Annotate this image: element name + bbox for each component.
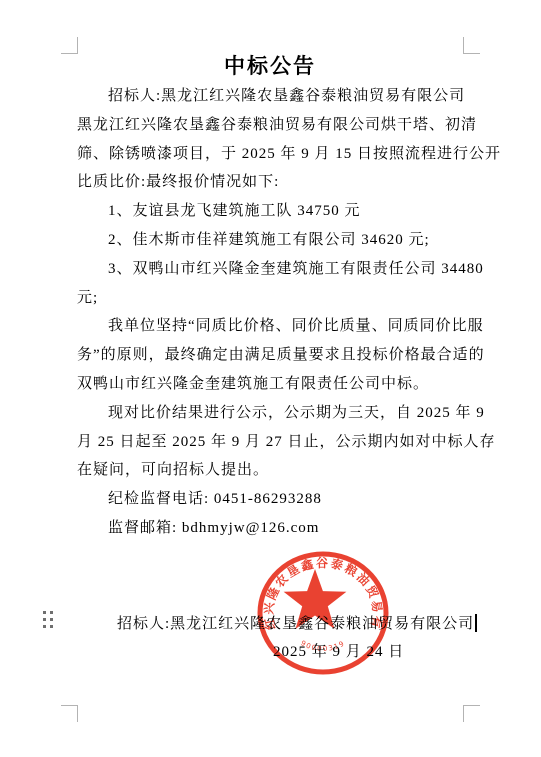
anchor-dot (43, 625, 46, 628)
doc-line-bid-2[interactable]: 2、佳木斯市佳祥建筑施工有限公司 34620 元; (77, 226, 463, 255)
doc-line-email[interactable]: 监督邮箱: bdhmyjw@126.com (77, 514, 463, 543)
doc-line[interactable]: 我单位坚持“同质比价格、同价比质量、同质同价比服 (77, 312, 463, 341)
signature-text: 招标人:黑龙江红兴隆农垦鑫谷泰粮油贸易有限公司 (117, 616, 474, 632)
document-body[interactable]: 中标公告 招标人:黑龙江红兴隆农垦鑫谷泰粮油贸易有限公司 黑龙江红兴隆农垦鑫谷泰… (77, 50, 463, 543)
anchor-dot (50, 611, 53, 614)
doc-line[interactable]: 筛、除锈喷漆项目，于 2025 年 9 月 15 日按照流程进行公开 (77, 140, 463, 169)
doc-line-phone[interactable]: 纪检监督电话: 0451-86293288 (77, 485, 463, 514)
doc-line-bid-1[interactable]: 1、友谊县龙飞建筑施工队 34750 元 (77, 197, 463, 226)
signature-line[interactable]: 招标人:黑龙江红兴隆农垦鑫谷泰粮油贸易有限公司 (117, 610, 477, 638)
doc-line[interactable]: 务”的原则，最终确定由满足质量要求且投标价格最合适的 (77, 341, 463, 370)
doc-line[interactable]: 现对比价结果进行公示，公示期为三天，自 2025 年 9 (77, 399, 463, 428)
text-boundary-mark-bottom-left (61, 705, 78, 722)
document-page[interactable]: 中标公告 招标人:黑龙江红兴隆农垦鑫谷泰粮油贸易有限公司 黑龙江红兴隆农垦鑫谷泰… (0, 0, 541, 757)
text-boundary-mark-top-right (463, 37, 480, 54)
anchor-dot (50, 625, 53, 628)
text-cursor (475, 614, 477, 632)
doc-line[interactable]: 比质比价:最终报价情况如下: (77, 168, 463, 197)
object-anchor-handle[interactable] (43, 611, 53, 628)
doc-line[interactable]: 双鸭山市红兴隆金奎建筑施工有限责任公司中标。 (77, 370, 463, 399)
doc-line[interactable]: 招标人:黑龙江红兴隆农垦鑫谷泰粮油贸易有限公司 (77, 82, 463, 111)
text-boundary-mark-top-left (61, 37, 78, 54)
doc-line[interactable]: 在疑问，可向招标人提出。 (77, 456, 463, 485)
doc-line[interactable]: 元; (77, 284, 463, 313)
text-boundary-mark-bottom-right (463, 705, 480, 722)
doc-line-bid-3[interactable]: 3、双鸭山市红兴隆金奎建筑施工有限责任公司 34480 (77, 255, 463, 284)
anchor-dot (50, 618, 53, 621)
anchor-dot (43, 611, 46, 614)
doc-line[interactable]: 月 25 日起至 2025 年 9 月 27 日止，公示期内如对中标人存 (77, 428, 463, 457)
signature-date[interactable]: 2025 年 9 月 24 日 (273, 638, 404, 666)
page-title[interactable]: 中标公告 (77, 50, 463, 82)
anchor-dot (43, 618, 46, 621)
doc-line[interactable]: 黑龙江红兴隆农垦鑫谷泰粮油贸易有限公司烘干塔、初清 (77, 111, 463, 140)
